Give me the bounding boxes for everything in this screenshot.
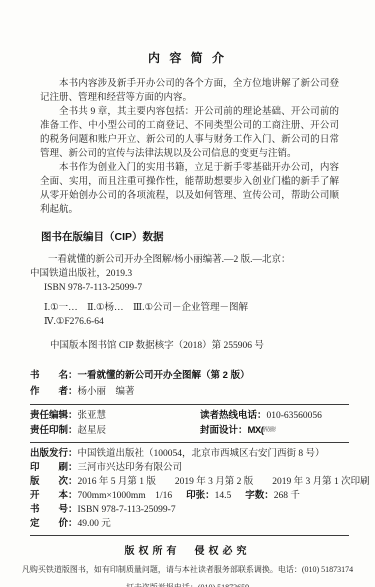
price-label: 定 价： xyxy=(30,517,78,531)
sheets-label: 印张： xyxy=(186,489,215,503)
divider-2 xyxy=(30,442,349,443)
publisher-value: 中国铁道出版社（100054，北京市西城区右安门西街 8 号） xyxy=(78,447,325,461)
cip-classification-line2: Ⅳ.①F276.6-64 xyxy=(44,315,345,329)
intro-paragraph-2: 全书共 9 章，其主要内容包括：开公司前的理论基础、开公司前的准备工作、中小型公… xyxy=(40,105,339,161)
copyright-notice: 版权所有 侵权必究 xyxy=(0,542,375,557)
cover-design-label: 封面设计： xyxy=(200,425,248,436)
cip-citation-line1: 一看就懂的新公司开办全图解/杨小丽编著.—2 版.—北京： xyxy=(30,253,345,267)
printer-cell: 责任印制：赵星辰 xyxy=(30,424,200,439)
book-title-row: 书 名：一看就懂的新公司开办全图解（第 2 版） xyxy=(30,368,349,384)
printer-value: 赵星辰 xyxy=(78,426,107,436)
edition-value: 2016 年 5 月第 1 版 2019 年 3 月第 2 版 2019 年 3… xyxy=(78,475,370,489)
format-value: 700mm×1000mm 1/16 xyxy=(78,489,173,503)
isbn-label: 书 号： xyxy=(30,503,78,517)
printing-company-row: 印 刷：三河市兴达印务有限公司 xyxy=(30,461,349,475)
cover-design-logo-subtext: DESIGNSTUDIO xyxy=(263,428,276,434)
cover-design-cell: 封面设计：MX(DESIGNSTUDIO xyxy=(200,424,286,439)
publisher-label: 出版发行： xyxy=(30,447,78,461)
format-row: 开 本：700mm×1000mm 1/16印张：14.5字数：268 千 xyxy=(30,489,349,503)
isbn-row: 书 号：ISBN 978-7-113-25099-7 xyxy=(30,503,349,517)
cover-design-logo-mark: MX( xyxy=(248,424,264,438)
book-info-section: 书 名：一看就懂的新公司开办全图解（第 2 版） 作 者：杨小丽 编著 责任编辑… xyxy=(30,368,349,536)
book-author-value: 杨小丽 编著 xyxy=(78,384,135,400)
quality-service-line: 凡购买铁道版图书，如有印制质量问题，请与本社读者服务部联系调换。电话：(010)… xyxy=(18,565,357,575)
words-label: 字数： xyxy=(245,489,274,503)
divider-3 xyxy=(30,535,349,536)
hotline-label: 读者热线电话： xyxy=(200,410,267,421)
sheets-value: 14.5 xyxy=(215,489,232,503)
cip-isbn: ISBN 978-7-113-25099-7 xyxy=(44,281,345,295)
staff-printer-row: 责任印制：赵星辰 封面设计：MX(DESIGNSTUDIO xyxy=(30,424,349,439)
book-author-row: 作 者：杨小丽 编著 xyxy=(30,384,349,400)
edition-label: 版 次： xyxy=(30,475,78,489)
printing-company-value: 三河市兴达印务有限公司 xyxy=(78,461,183,475)
cover-design-logo: MX(DESIGNSTUDIO xyxy=(248,424,287,438)
anti-piracy-line: 打击盗版举报电话：(010) 51873659 xyxy=(18,583,357,587)
intro-title: 内 容 简 介 xyxy=(0,49,375,66)
editor-value: 张亚慧 xyxy=(78,411,107,421)
editor-label: 责任编辑： xyxy=(30,410,78,421)
intro-paragraphs: 本书内容涉及新手开办公司的各个方面，全方位地讲解了新公司登记注册、管理和经营等方… xyxy=(40,77,339,217)
cip-classification-line1: Ⅰ.①一… Ⅱ.①杨… Ⅲ.①公司－企业管理－图解 xyxy=(44,301,345,315)
cover-design-logo-sub2: STUDIO xyxy=(263,430,276,433)
price-row: 定 价：49.00 元 xyxy=(30,517,349,531)
words-value: 268 千 xyxy=(274,489,300,503)
content-intro-section: 内 容 简 介 本书内容涉及新手开办公司的各个方面，全方位地讲解了新公司登记注册… xyxy=(0,0,375,217)
copyright-footer: 版权所有 侵权必究 凡购买铁道版图书，如有印制质量问题，请与本社读者服务部联系调… xyxy=(0,542,375,587)
book-title-label: 书 名： xyxy=(30,368,78,384)
divider-1 xyxy=(30,404,349,405)
cip-citation-line2: 中国铁道出版社，2019.3 xyxy=(30,267,345,281)
cip-heading: 图书在版编目（CIP）数据 xyxy=(41,229,345,244)
printing-company-label: 印 刷： xyxy=(30,461,78,475)
printer-label: 责任印制： xyxy=(30,425,78,436)
intro-paragraph-3: 本书作为创业入门的实用书籍，立足于新手零基础开办公司，内容全面、实用，而且注重可… xyxy=(40,161,339,217)
hotline-value: 010-63560056 xyxy=(267,411,322,421)
hotline-cell: 读者热线电话：010-63560056 xyxy=(200,409,322,424)
book-author-label: 作 者： xyxy=(30,384,78,400)
price-value: 49.00 元 xyxy=(78,517,111,531)
book-title-value: 一看就懂的新公司开办全图解（第 2 版） xyxy=(78,368,250,384)
publisher-row: 出版发行：中国铁道出版社（100054，北京市西城区右安门西街 8 号） xyxy=(30,447,349,461)
book-copyright-page: 内 容 简 介 本书内容涉及新手开办公司的各个方面，全方位地讲解了新公司登记注册… xyxy=(0,0,375,587)
cip-record-number: 中国版本图书馆 CIP 数据核字（2018）第 255906 号 xyxy=(50,339,345,353)
cip-section: 图书在版编目（CIP）数据 一看就懂的新公司开办全图解/杨小丽编著.—2 版.—… xyxy=(30,229,345,353)
intro-paragraph-1: 本书内容涉及新手开办公司的各个方面，全方位地讲解了新公司登记注册、管理和经营等方… xyxy=(40,77,339,105)
editor-cell: 责任编辑：张亚慧 xyxy=(30,409,200,424)
edition-row: 版 次：2016 年 5 月第 1 版 2019 年 3 月第 2 版 2019… xyxy=(30,475,349,489)
isbn-value: ISBN 978-7-113-25099-7 xyxy=(78,503,176,517)
staff-editor-row: 责任编辑：张亚慧 读者热线电话：010-63560056 xyxy=(30,409,349,424)
format-label: 开 本： xyxy=(30,489,78,503)
